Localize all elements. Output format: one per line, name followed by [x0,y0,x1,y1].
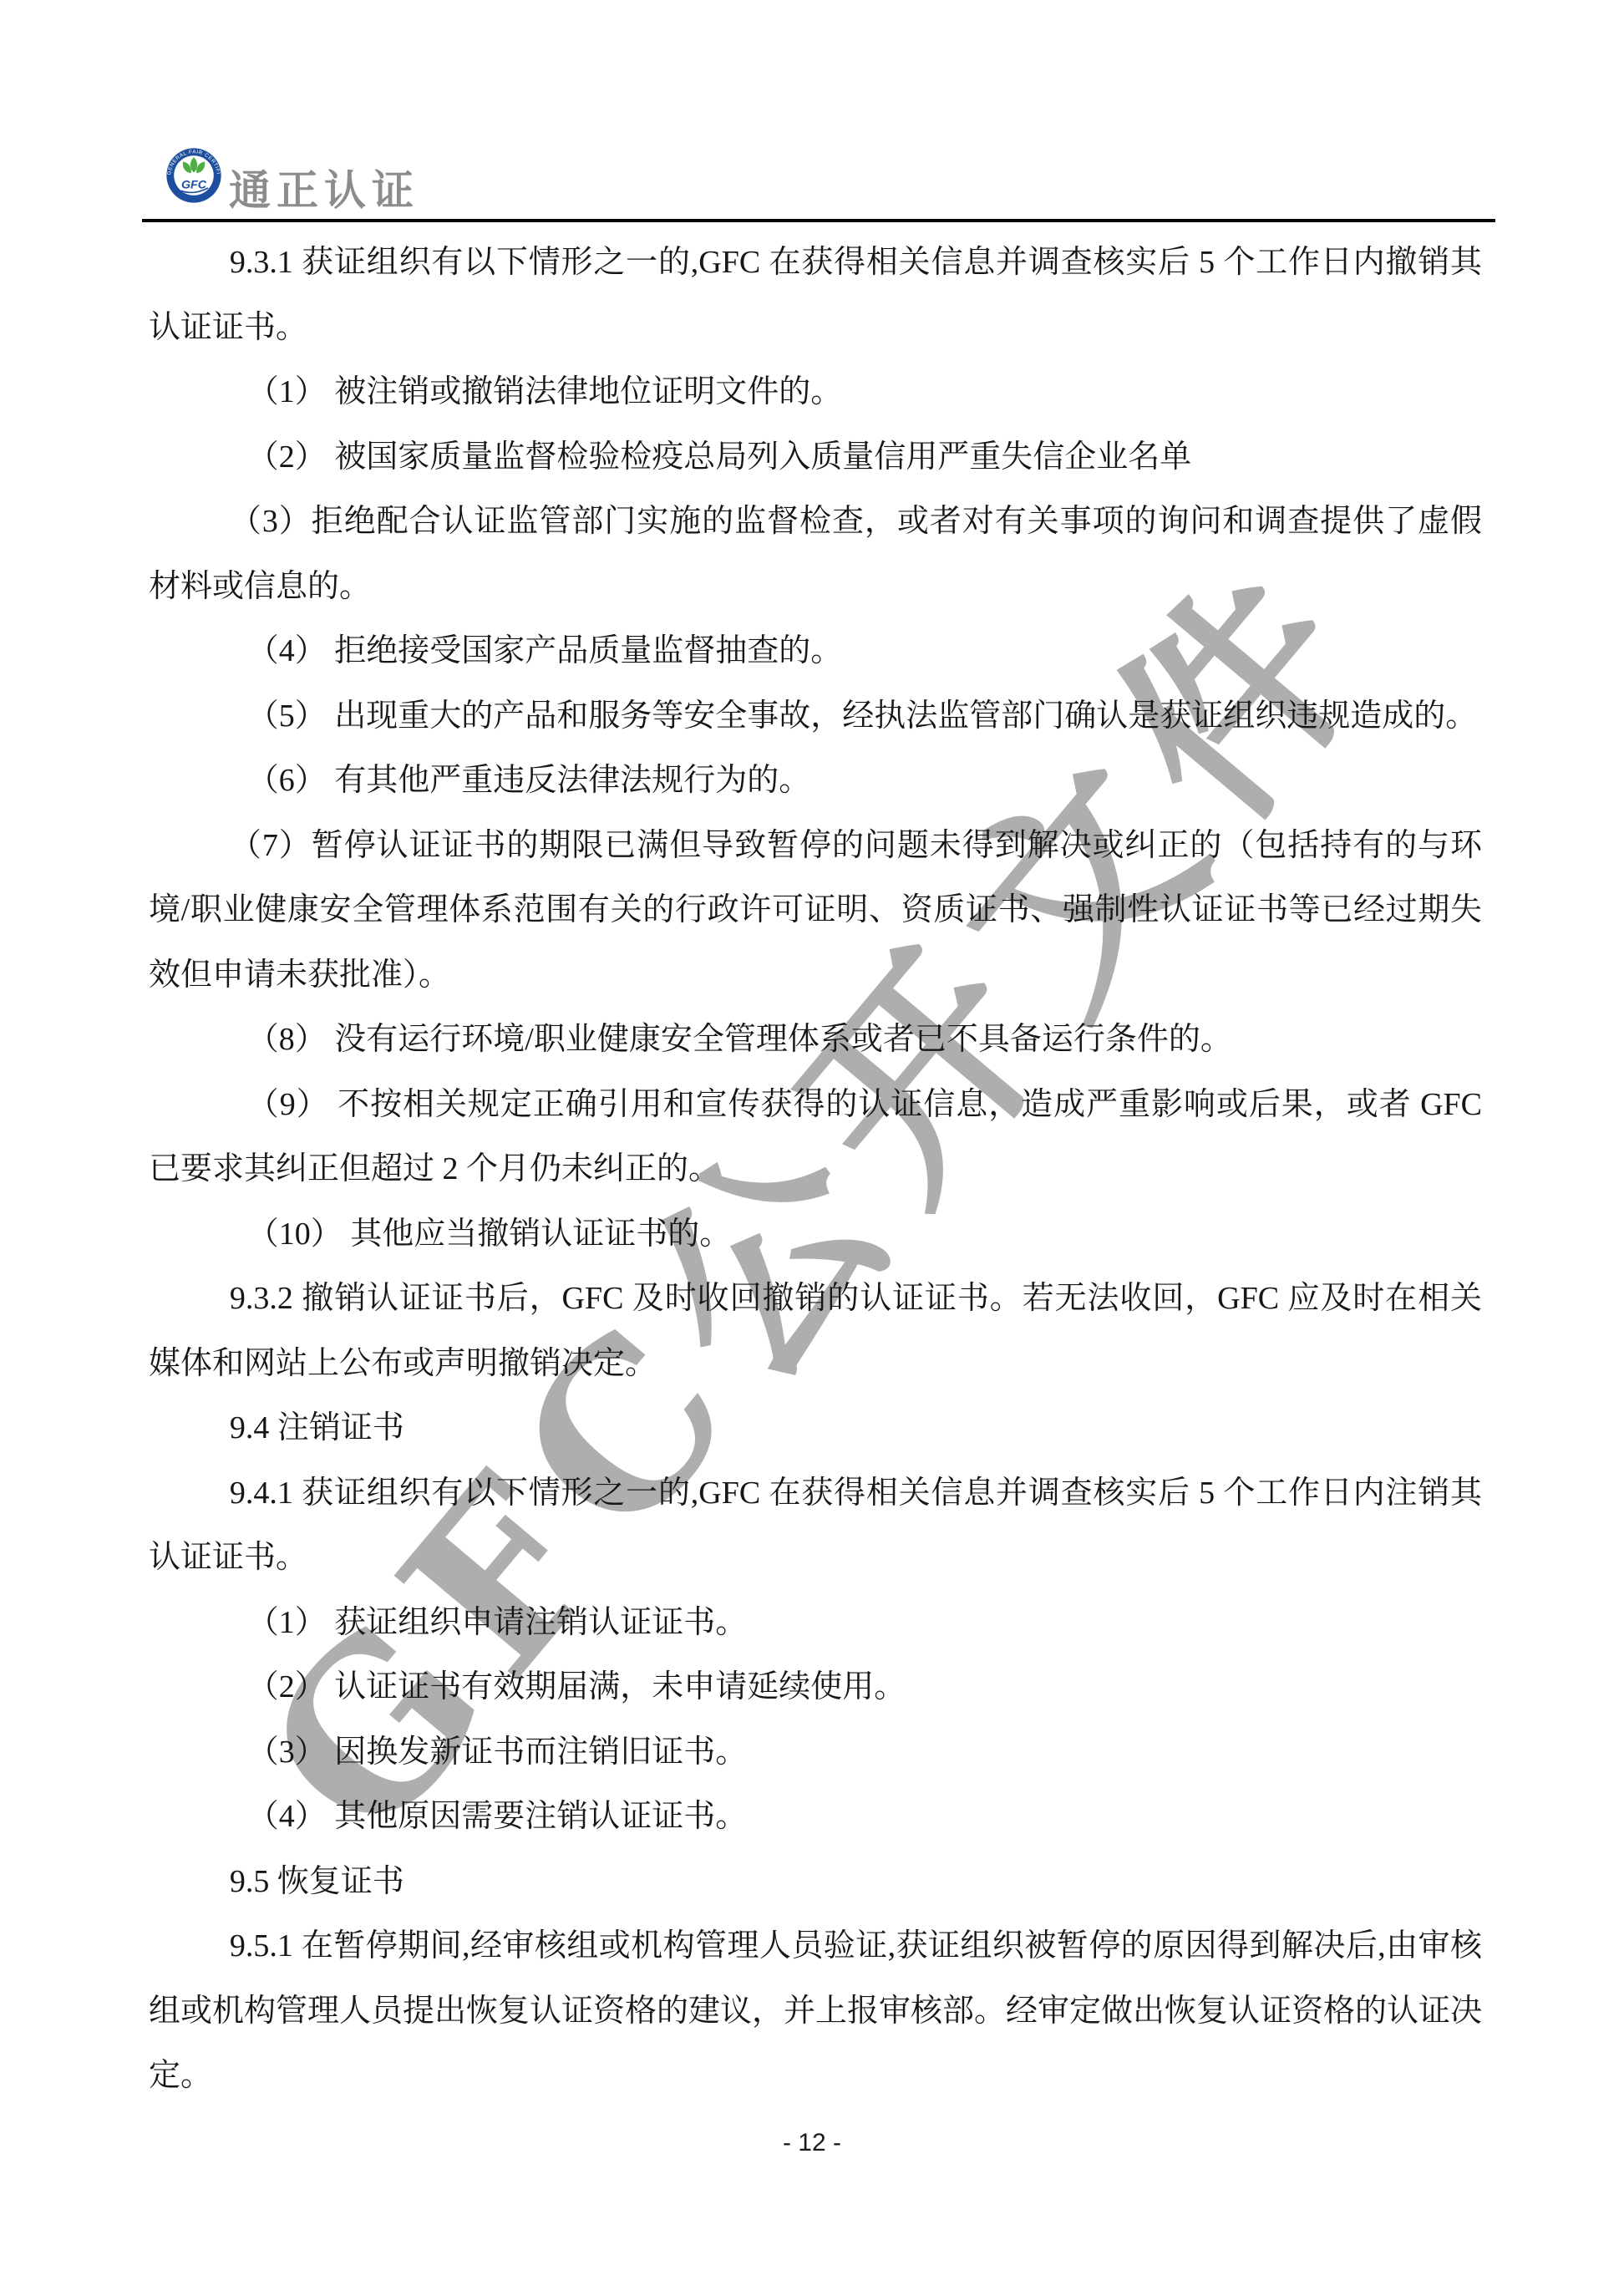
paragraph: （3）拒绝配合认证监管部门实施的监督检查，或者对有关事项的询问和调查提供了虚假材… [149,490,1482,619]
paragraph: （1） 被注销或撤销法律地位证明文件的。 [149,360,1482,425]
footer: - 12 - [0,2129,1624,2157]
page-number: - 12 - [783,2129,841,2156]
paragraph: 9.4 注销证书 [149,1396,1482,1461]
paragraph: （4） 其他原因需要注销认证证书。 [149,1785,1482,1850]
paragraph: （1） 获证组织申请注销认证证书。 [149,1591,1482,1656]
paragraph: （3） 因换发新证书而注销旧证书。 [149,1720,1482,1785]
paragraph: （10） 其他应当撤销认证证书的。 [149,1202,1482,1267]
paragraph: （5） 出现重大的产品和服务等安全事故，经执法监管部门确认是获证组织违规造成的。 [149,684,1482,749]
paragraph: （8） 没有运行环境/职业健康安全管理体系或者已不具备运行条件的。 [149,1008,1482,1073]
paragraph: （2） 认证证书有效期届满，未申请延续使用。 [149,1655,1482,1720]
paragraph: （9） 不按相关规定正确引用和宣传获得的认证信息，造成严重影响或后果，或者 GF… [149,1073,1482,1202]
document-page: GFC公开文件 GENERAL FAIR CERTIFICATION 通正认证 … [0,0,1624,2296]
paragraph: 9.3.1 获证组织有以下情形之一的,GFC 在获得相关信息并调查核实后 5 个… [149,231,1482,360]
header-divider [142,219,1495,222]
paragraph: 9.4.1 获证组织有以下情形之一的,GFC 在获得相关信息并调查核实后 5 个… [149,1461,1482,1591]
paragraph: （4） 拒绝接受国家产品质量监督抽查的。 [149,619,1482,684]
paragraph: 9.5.1 在暂停期间,经审核组或机构管理人员验证,获证组织被暂停的原因得到解决… [149,1914,1482,2109]
paragraph: （7）暂停认证证书的期限已满但导致暂停的问题未得到解决或纠正的（包括持有的与环境… [149,814,1482,1008]
paragraph: （6） 有其他严重违反法律法规行为的。 [149,749,1482,814]
paragraph: （2） 被国家质量监督检验检疫总局列入质量信用严重失信企业名单 [149,425,1482,490]
paragraph: 9.3.2 撤销认证证书后，GFC 及时收回撤销的认证证书。若无法收回，GFC … [149,1267,1482,1396]
paragraph: 9.5 恢复证书 [149,1850,1482,1915]
brand-wordmark: 通正认证 [229,157,419,217]
gfc-logo: GENERAL FAIR CERTIFICATION 通正认证 GFC [165,147,222,204]
document-body: 9.3.1 获证组织有以下情形之一的,GFC 在获得相关信息并调查核实后 5 个… [149,231,1482,2109]
